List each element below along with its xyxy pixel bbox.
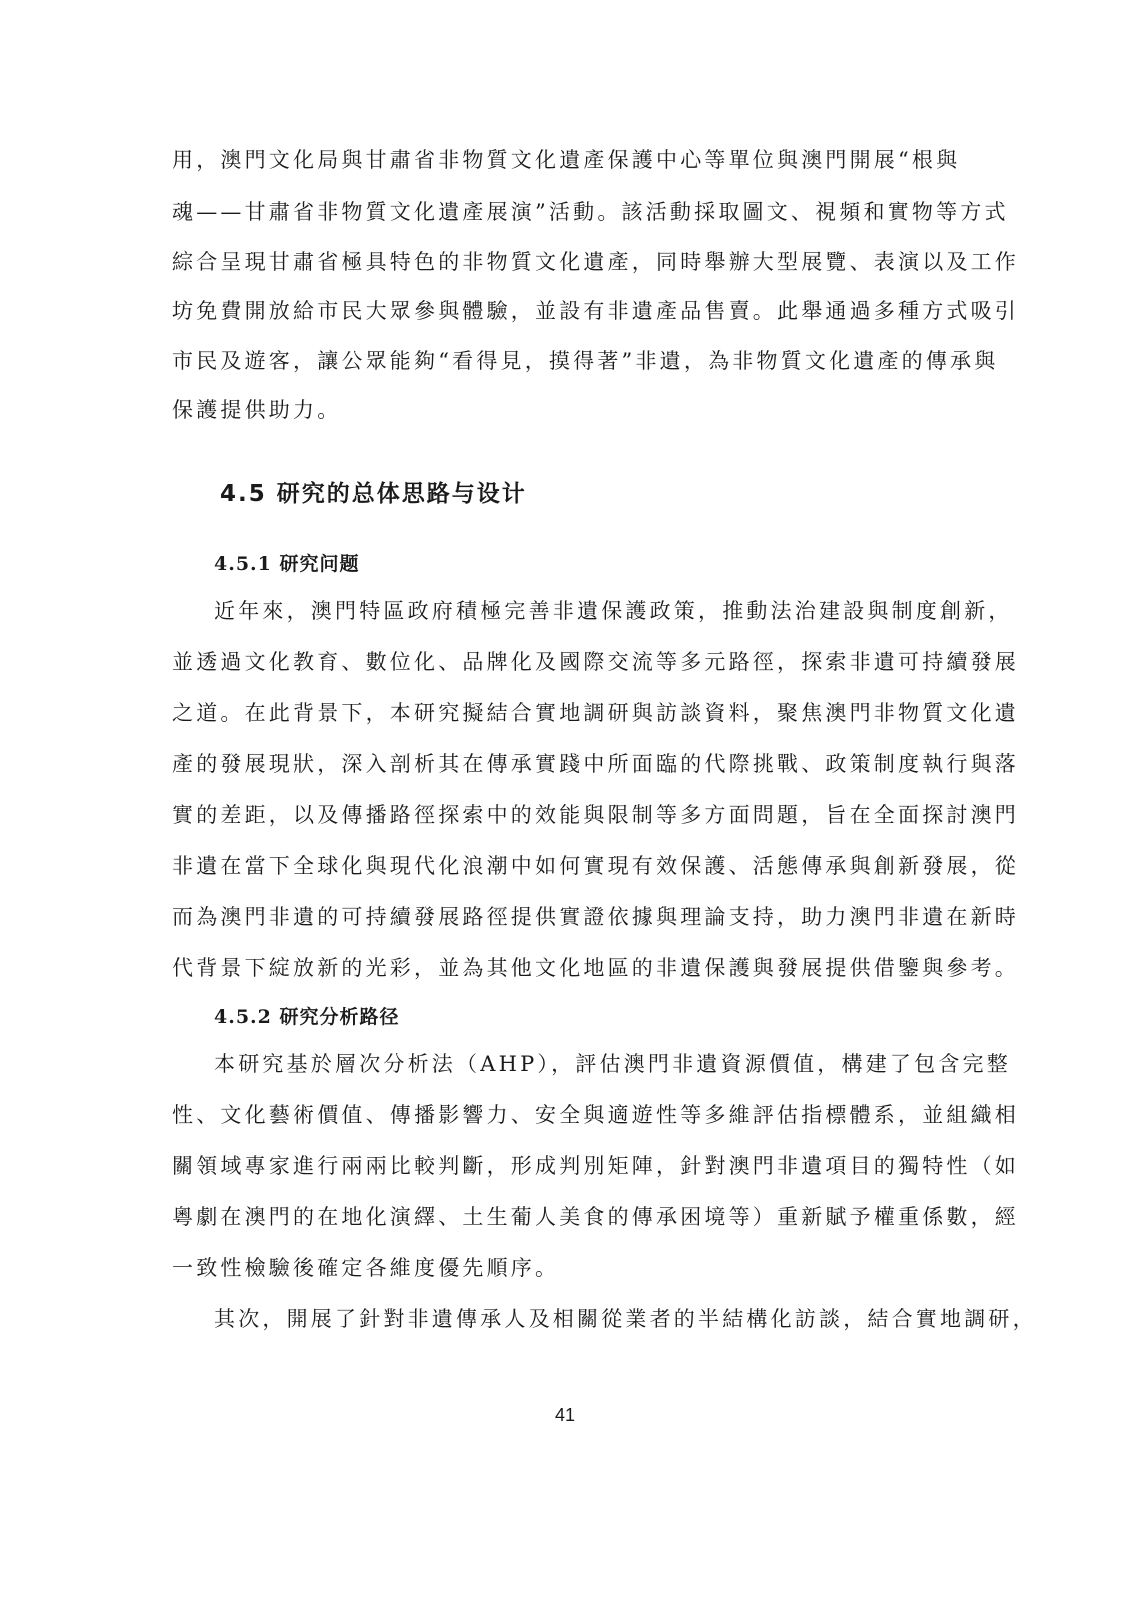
- body-text-line: 綜合呈現甘肅省極具特色的非物質文化遺產，同時舉辦大型展覽、表演以及工作: [172, 248, 940, 276]
- body-text-line: 本研究基於層次分析法（AHP），評估澳門非遺資源價值，構建了包含完整: [214, 1050, 940, 1078]
- body-text-line: 粵劇在澳門的在地化演繹、土生葡人美食的傳承困境等）重新賦予權重係數，經: [172, 1203, 940, 1231]
- body-text-line: 市民及遊客，讓公眾能夠“看得見，摸得著”非遺，為非物質文化遺產的傳承與: [172, 347, 940, 375]
- body-text-line: 性、文化藝術價值、傳播影響力、安全與適遊性等多維評估指標體系，並組織相: [172, 1101, 940, 1129]
- body-text-line: 一致性檢驗後確定各維度優先順序。: [172, 1254, 940, 1282]
- body-text-line: 非遺在當下全球化與現代化浪潮中如何實現有效保護、活態傳承與創新發展，從: [172, 852, 940, 880]
- body-text-line: 之道。在此背景下，本研究擬結合實地調研與訪談資料，聚焦澳門非物質文化遺: [172, 699, 940, 727]
- body-text-line: 實的差距，以及傳播路徑探索中的效能與限制等多方面問題，旨在全面探討澳門: [172, 801, 940, 829]
- section-heading: 4.5 研究的总体思路与设计: [220, 475, 527, 508]
- body-text-line: 坊免費開放給市民大眾參與體驗，並設有非遺產品售賣。此舉通過多種方式吸引: [172, 297, 940, 325]
- body-text-line: 代背景下綻放新的光彩，並為其他文化地區的非遺保護與發展提供借鑒與參考。: [172, 954, 940, 982]
- body-text-line: 其次，開展了針對非遺傳承人及相關從業者的半結構化訪談，結合實地調研，: [214, 1305, 940, 1333]
- body-text-line: 魂——甘肅省非物質文化遺產展演”活動。該活動採取圖文、視頻和實物等方式: [172, 198, 940, 226]
- body-text-line: 並透過文化教育、數位化、品牌化及國際交流等多元路徑，探索非遺可持續發展: [172, 648, 940, 676]
- body-text-line: 而為澳門非遺的可持續發展路徑提供實證依據與理論支持，助力澳門非遺在新時: [172, 903, 940, 931]
- page-number: 41: [555, 1405, 575, 1426]
- body-text-line: 近年來，澳門特區政府積極完善非遺保護政策，推動法治建設與制度創新，: [214, 597, 940, 625]
- body-text-line: 關領域專家進行兩兩比較判斷，形成判別矩陣，針對澳門非遺項目的獨特性（如: [172, 1152, 940, 1180]
- body-text-line: 產的發展現狀，深入剖析其在傳承實踐中所面臨的代際挑戰、政策制度執行與落: [172, 750, 940, 778]
- body-text-line: 用，澳門文化局與甘肅省非物質文化遺產保護中心等單位與澳門開展“根與: [172, 146, 940, 174]
- subsection-heading: 4.5.2 研究分析路径: [214, 1002, 400, 1029]
- subsection-heading: 4.5.1 研究问题: [214, 549, 360, 576]
- body-text-line: 保護提供助力。: [172, 396, 940, 424]
